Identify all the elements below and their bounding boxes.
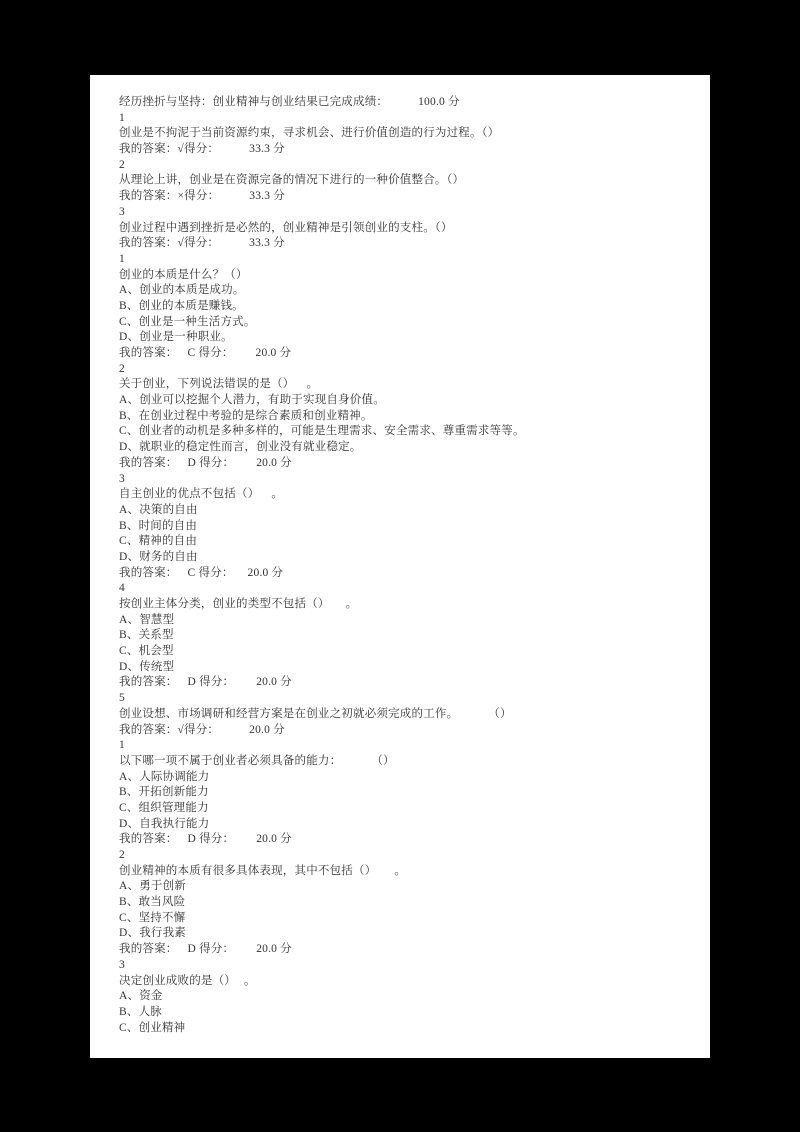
option-text: A、创业的本质是成功。: [119, 283, 690, 299]
option-text: A、资金: [119, 989, 690, 1005]
option-text: A、决策的自由: [119, 503, 690, 519]
text-segment: D、创业是一种职业。: [119, 330, 233, 346]
text-segment: 决定创业成败的是（）: [119, 974, 236, 990]
question-text: 创业设想、市场调研和经营方案是在创业之初就必须完成的工作。（）: [119, 707, 690, 723]
option-text: B、开拓创新能力: [119, 785, 690, 801]
option-text: B、在创业过程中考验的是综合素质和创业精神。: [119, 409, 690, 425]
option-text: B、敢当风险: [119, 895, 690, 911]
option-text: D、创业是一种职业。: [119, 330, 690, 346]
text-segment: 3: [119, 472, 125, 488]
question-text: 创业过程中遇到挫折是必然的，创业精神是引领创业的支柱。（）: [119, 221, 690, 237]
text-segment: B、时间的自由: [119, 519, 197, 535]
question-text: 以下哪一项不属于创业者必须具备的能力：（）: [119, 754, 690, 770]
question-text: 决定创业成败的是（）。: [119, 974, 690, 990]
answer-line: 我的答案：D 得分：20.0 分: [119, 942, 690, 958]
text-segment: D、传统型: [119, 660, 174, 676]
document-page: 经历挫折与坚持：创业精神与创业结果已完成成绩：100.0 分1创业是不拘泥于当前…: [90, 75, 710, 1058]
text-segment: C、创业者的动机是多种多样的，可能是生理需求、安全需求、尊重需求等等。: [119, 424, 525, 440]
question-number: 1: [119, 252, 690, 268]
text-segment: 。: [244, 974, 256, 990]
screen-background: 经历挫折与坚持：创业精神与创业结果已完成成绩：100.0 分1创业是不拘泥于当前…: [0, 0, 800, 1132]
text-segment: 1: [119, 111, 125, 127]
text-segment: 我的答案：√得分：: [119, 142, 219, 158]
question-number: 1: [119, 111, 690, 127]
text-segment: 我的答案：: [119, 675, 178, 691]
text-segment: （）: [488, 707, 511, 723]
question-number: 3: [119, 472, 690, 488]
text-segment: 我的答案：: [119, 942, 178, 958]
answer-line: 我的答案：√得分：20.0 分: [119, 723, 690, 739]
text-segment: A、人际协调能力: [119, 770, 209, 786]
question-number: 1: [119, 738, 690, 754]
question-number: 4: [119, 581, 690, 597]
option-text: B、时间的自由: [119, 519, 690, 535]
answer-line: 我的答案：√得分：33.3 分: [119, 142, 690, 158]
text-segment: 5: [119, 691, 125, 707]
text-segment: B、关系型: [119, 628, 174, 644]
text-segment: D、我行我素: [119, 926, 186, 942]
text-segment: B、敢当风险: [119, 895, 185, 911]
text-segment: 33.3 分: [249, 142, 285, 158]
text-segment: C 得分：: [188, 346, 234, 362]
text-segment: 2: [119, 848, 125, 864]
question-number: 3: [119, 958, 690, 974]
text-segment: C、组织管理能力: [119, 801, 209, 817]
question-number: 5: [119, 691, 690, 707]
text-segment: 我的答案：×得分：: [119, 189, 219, 205]
text-segment: D 得分：: [188, 456, 235, 472]
question-text: 按创业主体分类，创业的类型不包括（）。: [119, 597, 690, 613]
question-text: 关于创业，下列说法错误的是（）。: [119, 377, 690, 393]
text-segment: C、创业是一种生活方式。: [119, 315, 256, 331]
text-segment: 创业过程中遇到挫折是必然的，创业精神是引领创业的支柱。（）: [119, 221, 453, 237]
option-text: C、坚持不懈: [119, 911, 690, 927]
option-text: C、精神的自由: [119, 534, 690, 550]
answer-line: 我的答案：D 得分：20.0 分: [119, 832, 690, 848]
question-text: 从理论上讲，创业是在资源完备的情况下进行的一种价值整合。（）: [119, 173, 690, 189]
option-text: C、机会型: [119, 644, 690, 660]
text-segment: 创业的本质是什么？（）: [119, 268, 248, 284]
answer-line: 我的答案：D 得分：20.0 分: [119, 675, 690, 691]
option-text: B、创业的本质是赚钱。: [119, 299, 690, 315]
text-segment: 100.0 分: [418, 95, 460, 111]
text-segment: 33.3 分: [249, 189, 285, 205]
option-text: C、创业是一种生活方式。: [119, 315, 690, 331]
text-segment: 创业设想、市场调研和经营方案是在创业之初就必须完成的工作。: [119, 707, 458, 723]
option-text: D、我行我素: [119, 926, 690, 942]
option-text: D、传统型: [119, 660, 690, 676]
text-segment: D、就职业的稳定性而言，创业没有就业稳定。: [119, 440, 362, 456]
option-text: A、创业可以挖掘个人潜力，有助于实现自身价值。: [119, 393, 690, 409]
text-segment: A、资金: [119, 989, 163, 1005]
text-segment: C、坚持不懈: [119, 911, 185, 927]
question-number: 2: [119, 362, 690, 378]
option-text: D、就职业的稳定性而言，创业没有就业稳定。: [119, 440, 690, 456]
answer-line: 我的答案：D 得分：20.0 分: [119, 456, 690, 472]
question-text: 创业是不拘泥于当前资源约束，寻求机会、进行价值创造的行为过程。（）: [119, 126, 690, 142]
text-segment: 20.0 分: [256, 346, 292, 362]
text-segment: B、开拓创新能力: [119, 785, 209, 801]
text-segment: 我的答案：: [119, 832, 178, 848]
text-segment: D、自我执行能力: [119, 817, 209, 833]
score-summary-line: 经历挫折与坚持：创业精神与创业结果已完成成绩：100.0 分: [119, 95, 690, 111]
text-segment: B、人脉: [119, 1005, 162, 1021]
answer-line: 我的答案：×得分：33.3 分: [119, 189, 690, 205]
question-number: 2: [119, 848, 690, 864]
text-segment: C 得分：: [188, 566, 234, 582]
text-segment: 我的答案：: [119, 456, 178, 472]
option-text: C、组织管理能力: [119, 801, 690, 817]
text-segment: 自主创业的优点不包括（）: [119, 487, 259, 503]
text-segment: B、创业的本质是赚钱。: [119, 299, 244, 315]
text-segment: 我的答案：: [119, 346, 178, 362]
text-segment: 关于创业，下列说法错误的是（）: [119, 377, 295, 393]
text-segment: 33.3 分: [249, 236, 285, 252]
text-segment: 20.0 分: [256, 832, 292, 848]
option-text: A、智慧型: [119, 613, 690, 629]
text-segment: 3: [119, 205, 125, 221]
option-text: B、关系型: [119, 628, 690, 644]
text-segment: C、创业精神: [119, 1021, 185, 1037]
text-segment: D 得分：: [188, 675, 235, 691]
text-segment: A、智慧型: [119, 613, 174, 629]
text-segment: C、机会型: [119, 644, 174, 660]
text-segment: 20.0 分: [249, 723, 285, 739]
text-segment: 2: [119, 158, 125, 174]
text-segment: 。: [271, 487, 283, 503]
text-segment: 2: [119, 362, 125, 378]
text-segment: 1: [119, 738, 125, 754]
question-number: 3: [119, 205, 690, 221]
question-text: 创业的本质是什么？（）: [119, 268, 690, 284]
text-segment: A、决策的自由: [119, 503, 198, 519]
answer-line: 我的答案：C 得分：20.0 分: [119, 346, 690, 362]
text-segment: D 得分：: [188, 832, 235, 848]
text-segment: 20.0 分: [256, 456, 292, 472]
option-text: D、财务的自由: [119, 550, 690, 566]
text-segment: 我的答案：√得分：: [119, 723, 219, 739]
text-segment: 1: [119, 252, 125, 268]
text-segment: A、勇于创新: [119, 879, 186, 895]
question-text: 创业精神的本质有很多具体表现，其中不包括（）。: [119, 864, 690, 880]
option-text: D、自我执行能力: [119, 817, 690, 833]
option-text: C、创业者的动机是多种多样的，可能是生理需求、安全需求、尊重需求等等。: [119, 424, 690, 440]
text-segment: 。: [346, 597, 358, 613]
text-segment: 20.0 分: [248, 566, 284, 582]
text-segment: D、财务的自由: [119, 550, 198, 566]
question-number: 2: [119, 158, 690, 174]
text-segment: 3: [119, 958, 125, 974]
answer-line: 我的答案：C 得分：20.0 分: [119, 566, 690, 582]
answer-line: 我的答案：√得分：33.3 分: [119, 236, 690, 252]
text-segment: 20.0 分: [256, 675, 292, 691]
text-segment: （）: [371, 754, 394, 770]
text-segment: 20.0 分: [256, 942, 292, 958]
text-segment: A、创业可以挖掘个人潜力，有助于实现自身价值。: [119, 393, 385, 409]
text-segment: 。: [394, 864, 406, 880]
text-segment: 以下哪一项不属于创业者必须具备的能力：: [119, 754, 341, 770]
text-segment: 创业是不拘泥于当前资源约束，寻求机会、进行价值创造的行为过程。（）: [119, 126, 499, 142]
option-text: A、人际协调能力: [119, 770, 690, 786]
option-text: C、创业精神: [119, 1021, 690, 1037]
text-segment: C、精神的自由: [119, 534, 197, 550]
text-segment: 按创业主体分类，创业的类型不包括（）: [119, 597, 330, 613]
text-segment: 。: [307, 377, 319, 393]
text-segment: 经历挫折与坚持：创业精神与创业结果已完成成绩：: [119, 95, 388, 111]
option-text: B、人脉: [119, 1005, 690, 1021]
text-segment: 从理论上讲，创业是在资源完备的情况下进行的一种价值整合。（）: [119, 173, 464, 189]
question-text: 自主创业的优点不包括（）。: [119, 487, 690, 503]
text-segment: 我的答案：√得分：: [119, 236, 219, 252]
text-segment: B、在创业过程中考验的是综合素质和创业精神。: [119, 409, 373, 425]
text-segment: 创业精神的本质有很多具体表现，其中不包括（）: [119, 864, 376, 880]
text-segment: 我的答案：: [119, 566, 178, 582]
text-segment: 4: [119, 581, 125, 597]
text-segment: D 得分：: [188, 942, 235, 958]
text-segment: A、创业的本质是成功。: [119, 283, 245, 299]
option-text: A、勇于创新: [119, 879, 690, 895]
